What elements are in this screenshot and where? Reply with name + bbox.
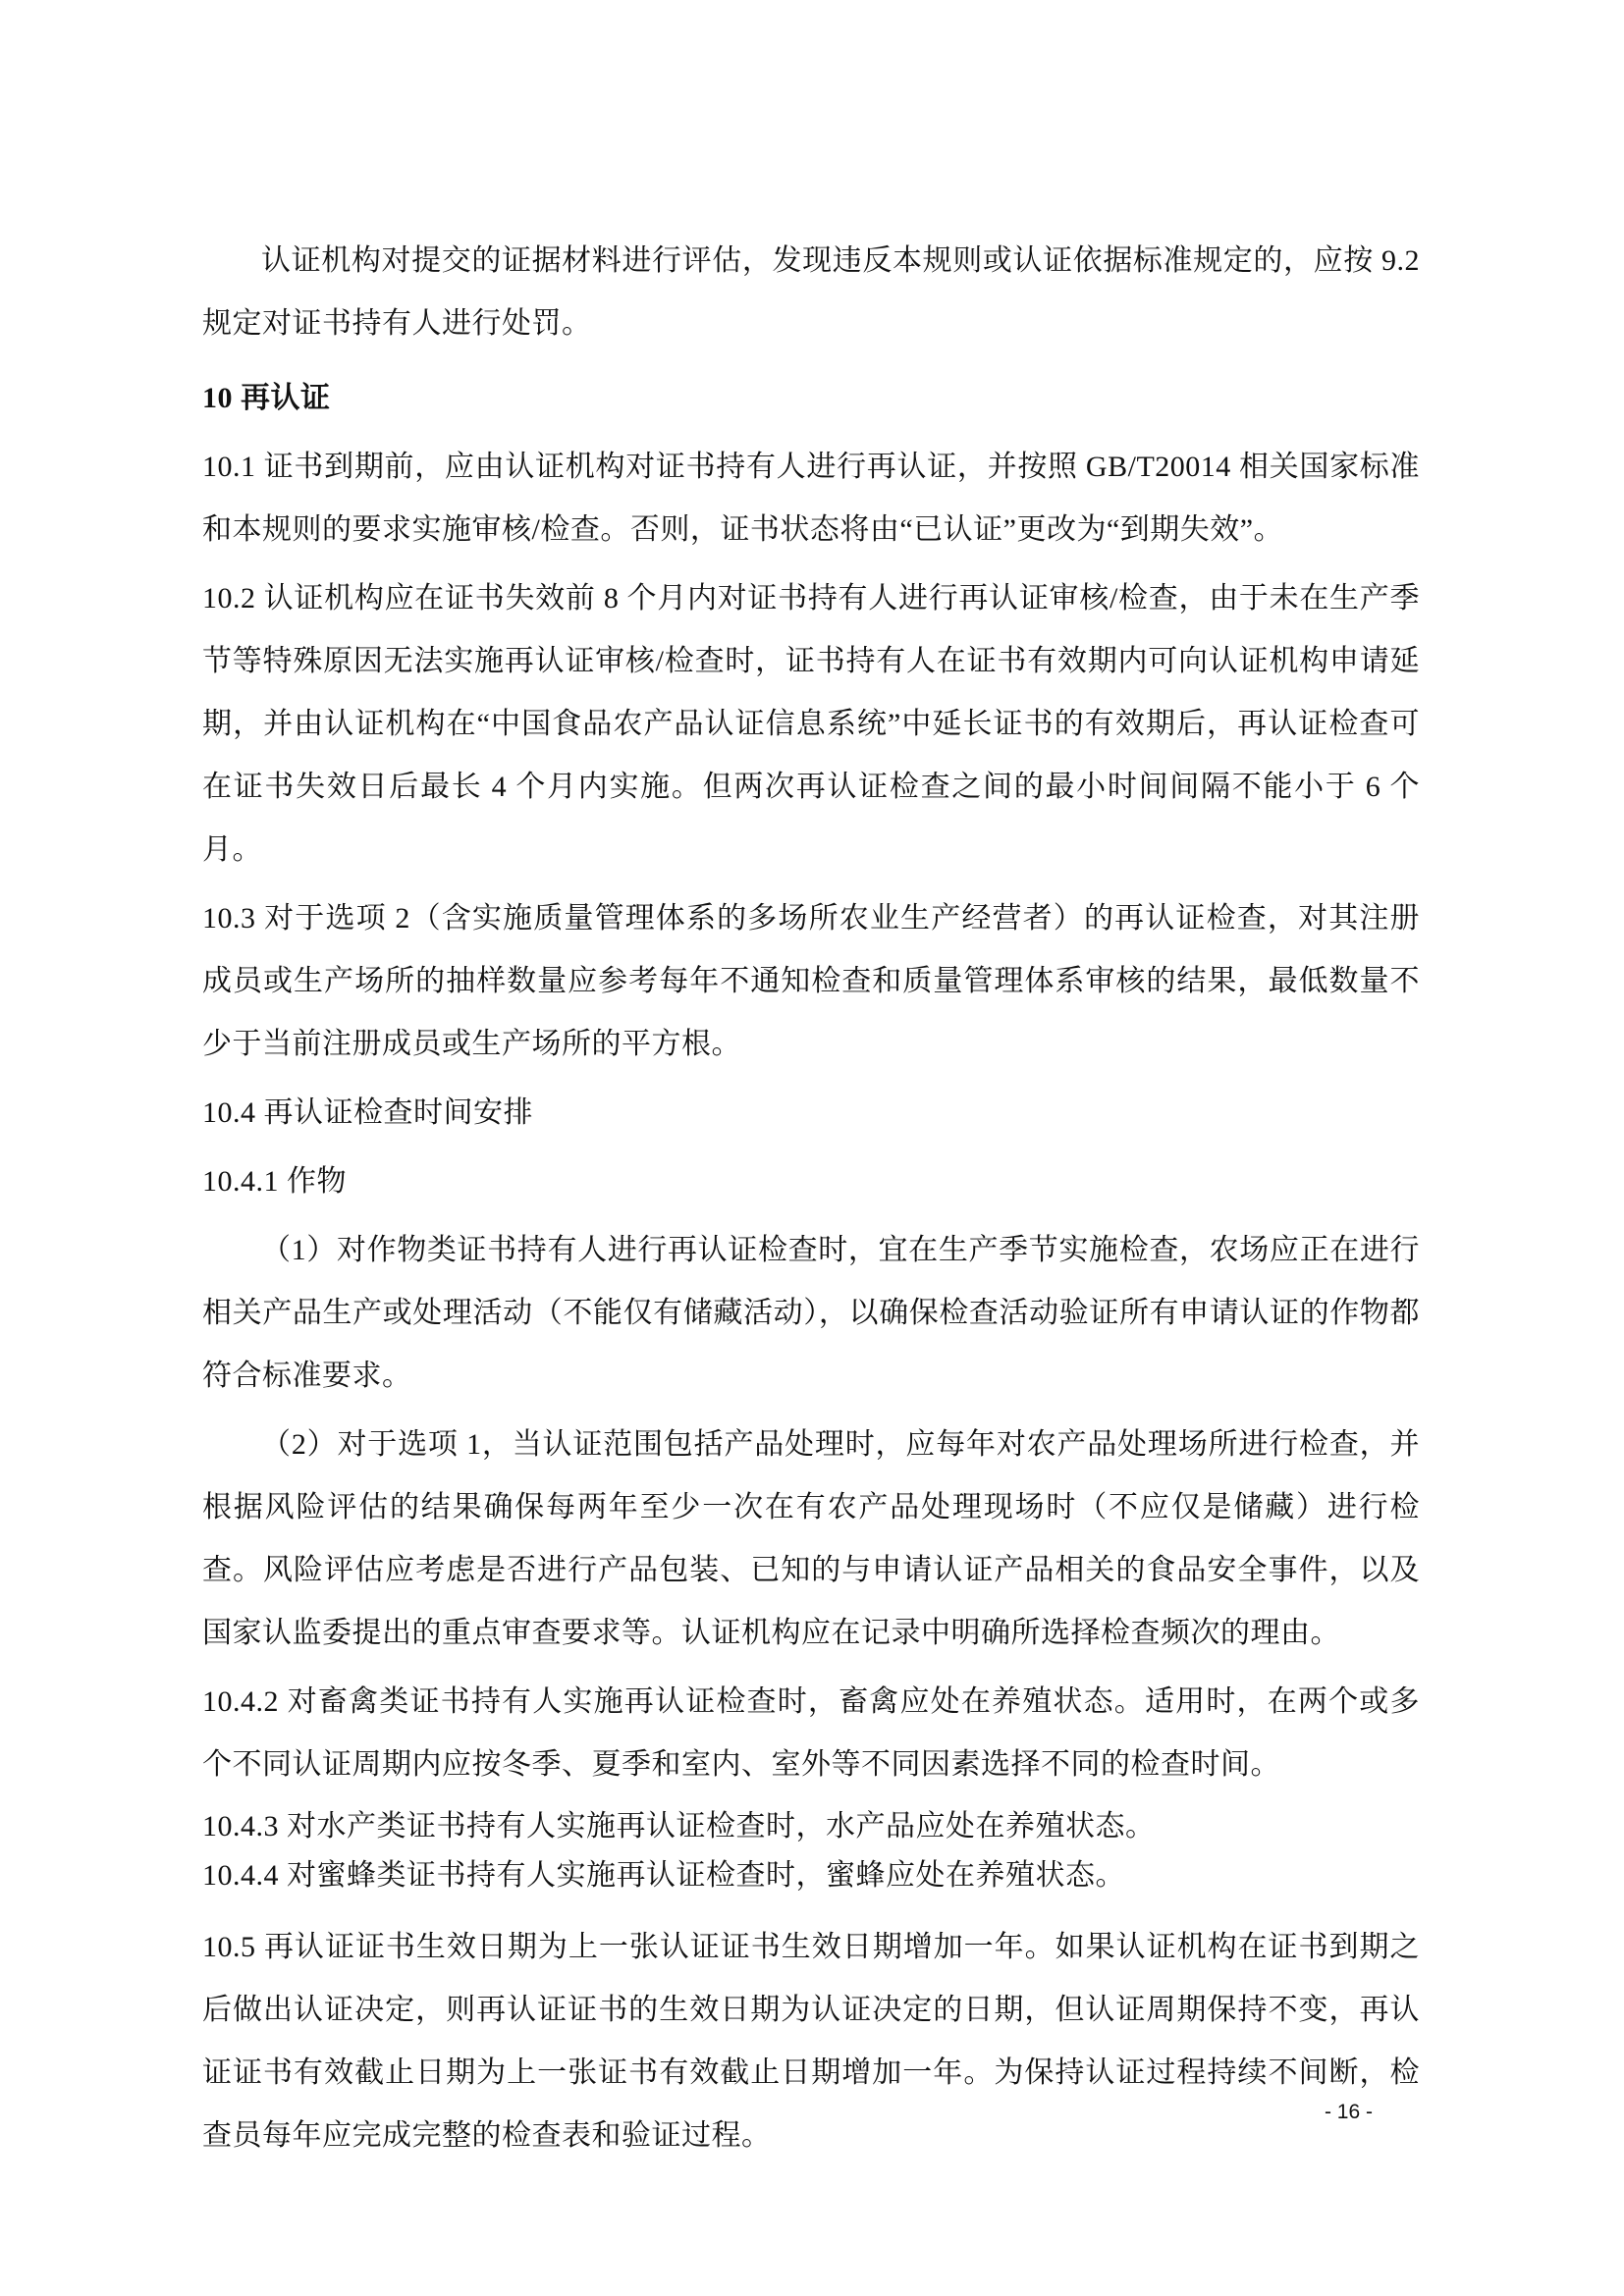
paragraph-10-4-2: 10.4.2 对畜禽类证书持有人实施再认证检查时，畜禽应处在养殖状态。适用时，在…: [202, 1671, 1420, 1796]
paragraph-intro: 认证机构对提交的证据材料进行评估，发现违反本规则或认证依据标准规定的，应按 9.…: [202, 230, 1420, 355]
paragraph-10-4-1: 10.4.1 作物: [202, 1150, 1420, 1213]
document-body: 认证机构对提交的证据材料进行评估，发现违反本规则或认证依据标准规定的，应按 9.…: [202, 230, 1420, 2173]
paragraph-10-4-1-item-2: （2）对于选项 1，当认证范围包括产品处理时，应每年对农产品处理场所进行检查，并…: [202, 1414, 1420, 1665]
paragraph-10-2: 10.2 认证机构应在证书失效前 8 个月内对证书持有人进行再认证审核/检查，由…: [202, 567, 1420, 881]
paragraph-10-4-4: 10.4.4 对蜜蜂类证书持有人实施再认证检查时，蜜蜂应处在养殖状态。: [202, 1851, 1420, 1900]
page-number: - 16 -: [1325, 2101, 1373, 2124]
paragraph-10-1: 10.1 证书到期前，应由认证机构对证书持有人进行再认证，并按照 GB/T200…: [202, 436, 1420, 561]
paragraph-10-4-3: 10.4.3 对水产类证书持有人实施再认证检查时，水产品应处在养殖状态。: [202, 1802, 1420, 1851]
paragraph-10-5: 10.5 再认证证书生效日期为上一张认证证书生效日期增加一年。如果认证机构在证书…: [202, 1916, 1420, 2167]
document-page: 认证机构对提交的证据材料进行评估，发现违反本规则或认证依据标准规定的，应按 9.…: [0, 0, 1624, 2296]
paragraph-10-4-1-item-1: （1）对作物类证书持有人进行再认证检查时，宜在生产季节实施检查，农场应正在进行相…: [202, 1219, 1420, 1408]
paragraph-10-4: 10.4 再认证检查时间安排: [202, 1082, 1420, 1145]
section-heading-10: 10 再认证: [202, 367, 1420, 430]
paragraph-10-3: 10.3 对于选项 2（含实施质量管理体系的多场所农业生产经营者）的再认证检查，…: [202, 887, 1420, 1076]
